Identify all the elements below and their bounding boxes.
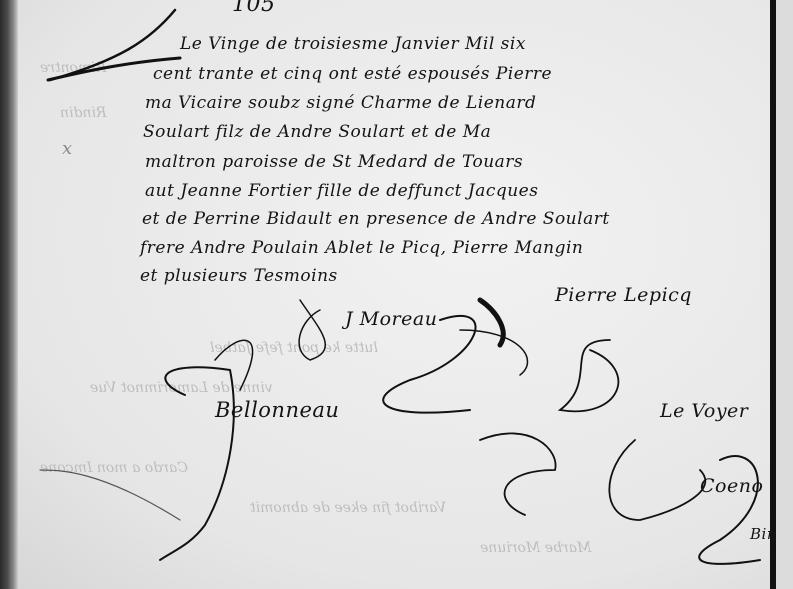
entry-line-2: cent trante et cinq ont esté espousés Pi… bbox=[153, 64, 552, 84]
margin-mark: x bbox=[62, 138, 73, 159]
signature-le-voyer: Le Voyer bbox=[660, 400, 748, 422]
folio-number: 105 bbox=[232, 0, 276, 17]
register-page: Rimontre Rindin lutte ke pont fefe Jatbe… bbox=[0, 0, 793, 589]
page-binding-shadow bbox=[0, 0, 18, 589]
signature-moreau: J Moreau bbox=[345, 308, 437, 330]
bleed-through-text: Marbe Moriune bbox=[480, 540, 591, 556]
signature-coeno: Coeno bbox=[700, 475, 763, 497]
entry-line-3: ma Vicaire soubz signé Charme de Lienard bbox=[145, 93, 536, 113]
signature-bellonneau: Bellonneau bbox=[215, 398, 339, 422]
bleed-through-text: Cardo a mon Imcone bbox=[40, 460, 188, 476]
entry-line-9: et plusieurs Tesmoins bbox=[140, 266, 338, 286]
bleed-through-text: Varibot fin ekee de abnomit bbox=[250, 500, 446, 516]
entry-line-5: maltron paroisse de St Medard de Touars bbox=[145, 152, 523, 172]
signature-bin: Bin bbox=[750, 525, 777, 543]
bleed-through-text: vinne de Lamorimnot Vue bbox=[90, 380, 273, 396]
signature-lepicq: Pierre Lepicq bbox=[555, 284, 692, 306]
entry-line-6: aut Jeanne Fortier fille de deffunct Jac… bbox=[145, 181, 538, 201]
page-right-margin bbox=[776, 0, 793, 589]
entry-line-7: et de Perrine Bidault en presence de And… bbox=[142, 209, 610, 229]
entry-line-1: Le Vinge de troisiesme Janvier Mil six bbox=[180, 34, 526, 54]
bleed-through-text: lutte ke pont fefe Jatbel bbox=[210, 340, 378, 356]
entry-line-4: Soulart filz de Andre Soulart et de Ma bbox=[143, 122, 491, 142]
entry-line-8: frere Andre Poulain Ablet le Picq, Pierr… bbox=[140, 238, 583, 258]
bleed-through-text: Rindin bbox=[60, 105, 107, 121]
bleed-through-text: Rimontre bbox=[40, 60, 106, 76]
